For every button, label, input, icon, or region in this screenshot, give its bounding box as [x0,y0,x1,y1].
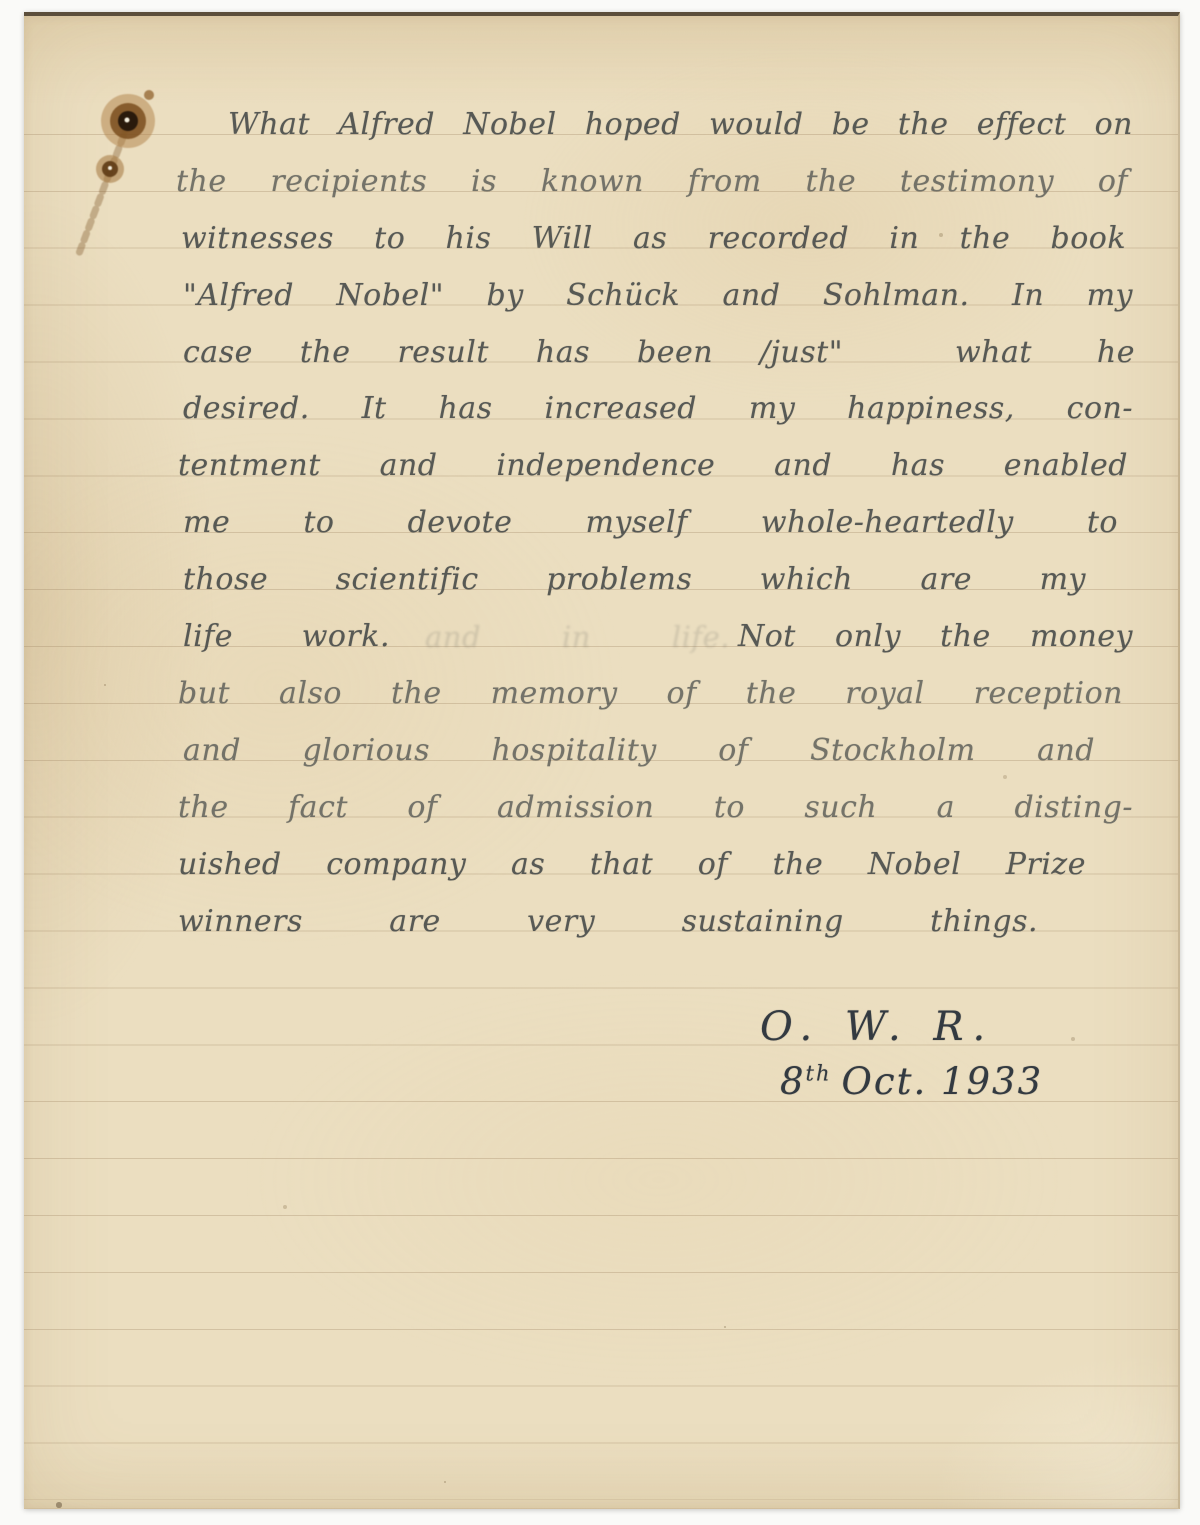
handwriting-line: and glorious hospitality of Stockholm an… [183,729,1095,773]
handwriting-line: tentment and independence and has enable… [178,444,1128,488]
handwriting-line: "Alfred Nobel" by Schück and Sohlman. In… [183,274,1133,318]
handwriting-segment: case the result has been /just" [183,331,843,375]
handwriting-line: What Alfred Nobel hoped would be the eff… [228,103,1133,147]
handwriting-line: case the result has been /just" what he [183,331,1135,383]
date-day: 8 [780,1060,806,1103]
pinhole [125,118,130,123]
date-month-year: Oct. 1933 [842,1060,1044,1103]
handwriting-line: the fact of admission to such a disting- [178,786,1133,830]
rust-dot [144,90,154,100]
paper-specks [24,16,26,18]
scan-background: What Alfred Nobel hoped would be the eff… [0,0,1200,1525]
handwriting-segment: Not only the money [738,615,1133,659]
signature-date: 8thOct. 1933 [780,1060,1043,1103]
date-ordinal: th [806,1062,832,1086]
handwriting-line: winners are very sustaining things. [178,900,1038,944]
handwriting-line: witnesses to his Will as recorded in the… [181,217,1126,261]
handwriting-line: me to devote myself whole-heartedly to [183,501,1118,545]
erased-ghost-text: and in life. [425,615,730,659]
handwriting-line: life work. and in life. Not only the mon… [183,615,1133,667]
letter-page: What Alfred Nobel hoped would be the eff… [24,12,1180,1509]
handwriting-line: desired. It has increased my happiness, … [183,387,1133,431]
signature-initials: O. W. R. [760,1004,994,1050]
rust-stain [58,76,188,276]
pinhole-small [108,166,112,170]
handwriting-line: those scientific problems which are my [183,558,1086,602]
handwriting-line: the recipients is known from the testimo… [176,160,1128,204]
handwriting-line: uished company as that of the Nobel Priz… [178,843,1086,887]
handwriting-segment: what he [955,331,1135,375]
handwriting-segment: life work. [183,615,390,659]
handwriting-line: but also the memory of the royal recepti… [178,672,1123,716]
